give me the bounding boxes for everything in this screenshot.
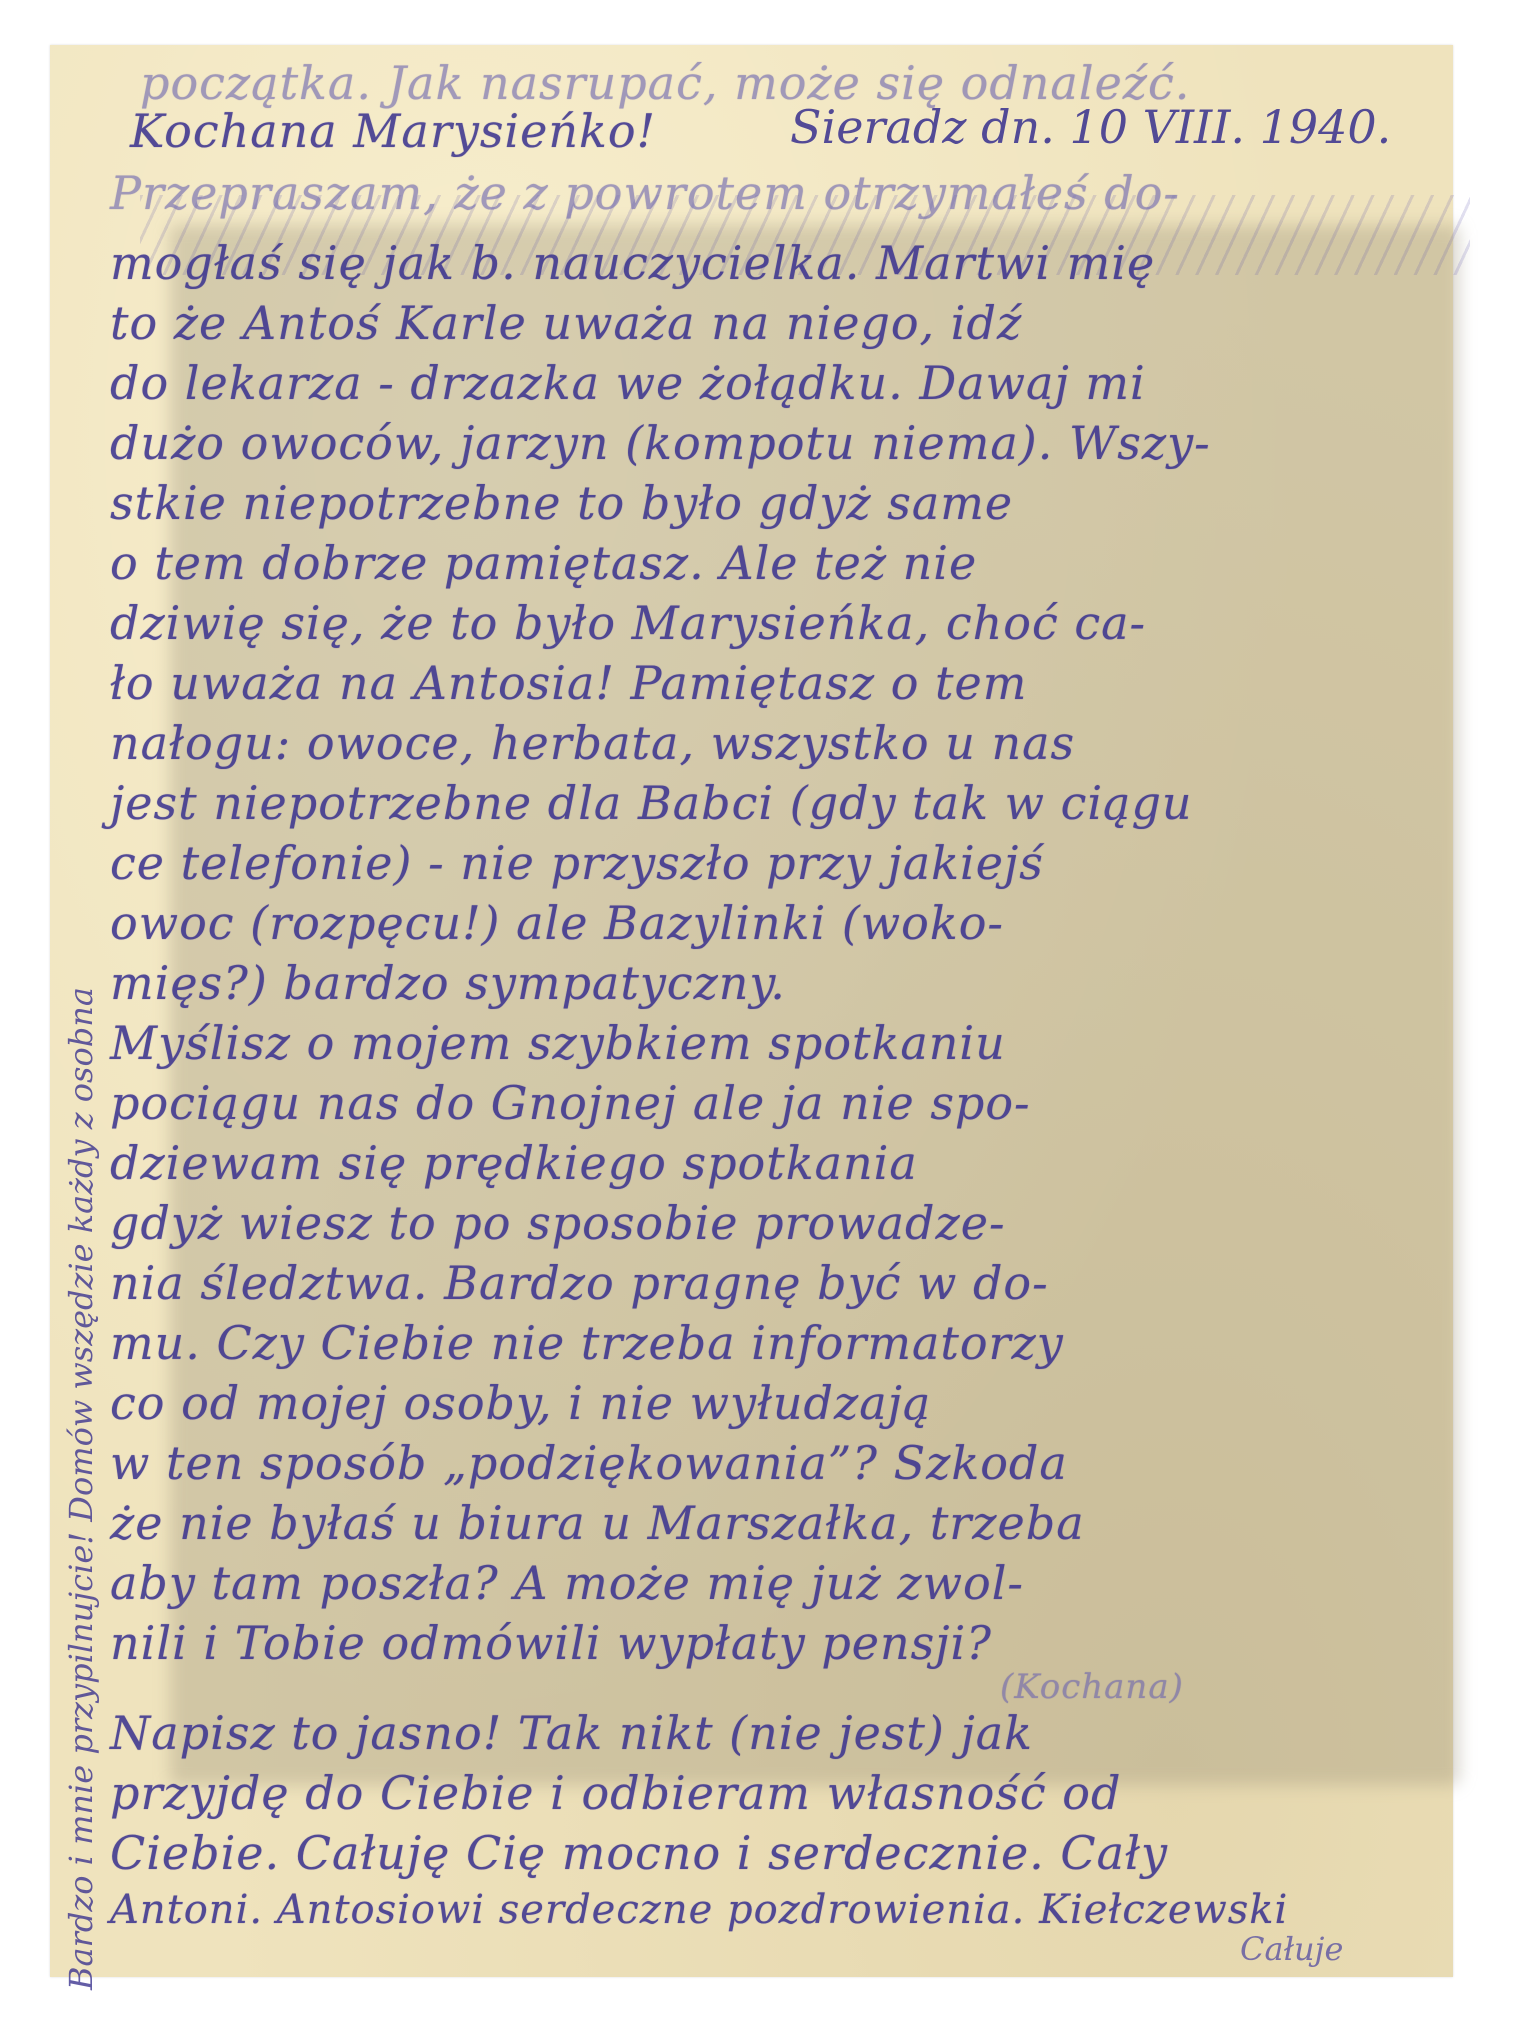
letter-line: mu. Czy Ciebie nie trzeba informatorzy	[110, 1320, 1430, 1366]
correction-note: (Kochana)	[1000, 1670, 1184, 1704]
signature: Całuje	[1240, 1930, 1343, 1968]
letter-line: Myślisz o mojem szybkiem spotkaniu	[110, 1020, 1430, 1066]
letter-line: dużo owoców, jarzyn (kompotu niema). Wsz…	[110, 420, 1430, 466]
letter-line: jest niepotrzebne dla Babci (gdy tak w c…	[110, 780, 1430, 826]
letter-date: Sieradz dn. 10 VIII. 1940.	[790, 100, 1391, 154]
letter-line: Ciebie. Całuję Cię mocno i serdecznie. C…	[110, 1830, 1430, 1876]
letter-line: mięs?) bardzo sympatyczny.	[110, 960, 1430, 1006]
letter-line: dziewam się prędkiego spotkania	[110, 1140, 1430, 1186]
letter-line: przyjdę do Ciebie i odbieram własność od	[110, 1770, 1430, 1816]
letter-line: co od mojej osoby, i nie wyłudzają	[110, 1380, 1430, 1426]
letter-line: do lekarza - drzazka we żołądku. Dawaj m…	[110, 360, 1430, 406]
letter-line: mogłaś się jak b. nauczycielka. Martwi m…	[110, 240, 1430, 286]
letter-line: Napisz to jasno! Tak nikt (nie jest) jak	[110, 1710, 1430, 1756]
letter-line: stkie niepotrzebne to było gdyż same	[110, 480, 1430, 526]
letter-line: nałogu: owoce, herbata, wszystko u nas	[110, 720, 1430, 766]
letter-line: ło uważa na Antosia! Pamiętasz o tem	[110, 660, 1430, 706]
letter-line: aby tam poszła? A może mię już zwol-	[110, 1560, 1430, 1606]
letter-line: gdyż wiesz to po sposobie prowadze-	[110, 1200, 1430, 1246]
letter-line: to że Antoś Karle uważa na niego, idź	[110, 300, 1430, 346]
letter-line: ce telefonie) - nie przyszło przy jakiej…	[110, 840, 1430, 886]
letter-line: nili i Tobie odmówili wypłaty pensji?	[110, 1620, 1430, 1666]
letter-line: o tem dobrze pamiętasz. Ale też nie	[110, 540, 1430, 586]
letter-line: że nie byłaś u biura u Marszałka, trzeba	[110, 1500, 1430, 1546]
letter-line: dziwię się, że to było Marysieńka, choć …	[110, 600, 1430, 646]
margin-note-vertical: Bardzo i mnie przypilnujcie! Domów wszęd…	[62, 987, 100, 1990]
letter-line: nia śledztwa. Bardzo pragnę być w do-	[110, 1260, 1430, 1306]
crossed-out-line: Przepraszam, że z powrotem otrzymałeś do…	[110, 170, 1430, 216]
letter-line: w ten sposób „podziękowania”? Szkoda	[110, 1440, 1430, 1486]
salutation: Kochana Marysieńko!	[130, 108, 656, 154]
letter-line: owoc (rozpęcu!) ale Bazylinki (woko-	[110, 900, 1430, 946]
letter-line: pociągu nas do Gnojnej ale ja nie spo-	[110, 1080, 1430, 1126]
letter-line: Antoni. Antosiowi serdeczne pozdrowienia…	[110, 1890, 1430, 1930]
